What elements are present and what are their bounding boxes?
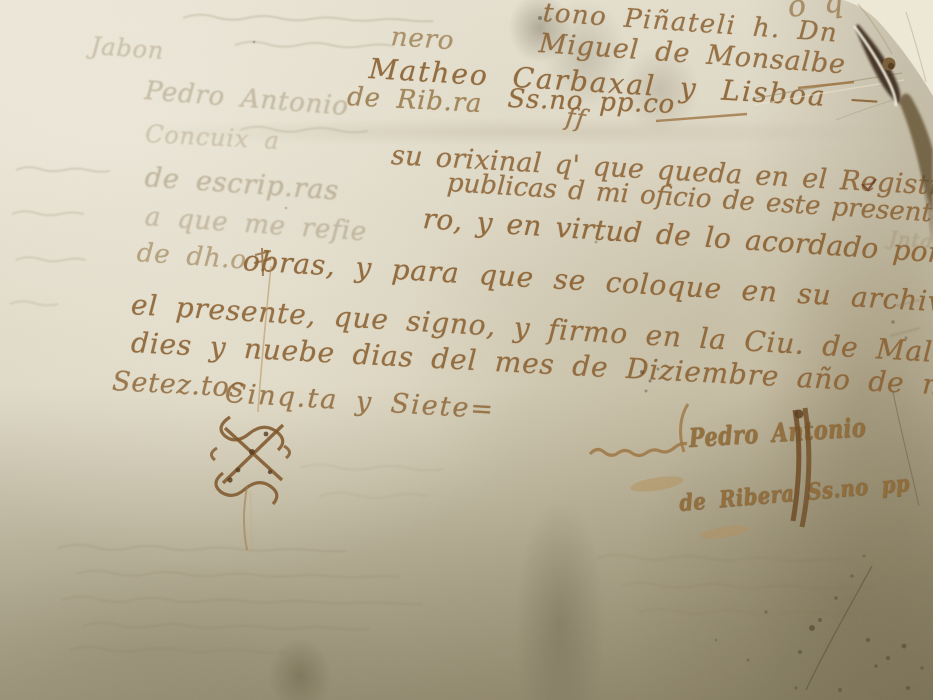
manuscript-line: ff [564,102,588,134]
manuscript-line: Jnta [888,226,933,253]
manuscript-photo: o q tono Piñateli h. Dn Jabon nero Migue… [0,0,933,700]
manuscript-line: Ss.no pp.co [507,84,676,120]
manuscript-line: nero [390,22,455,56]
manuscript-line: Jabon [90,32,165,65]
